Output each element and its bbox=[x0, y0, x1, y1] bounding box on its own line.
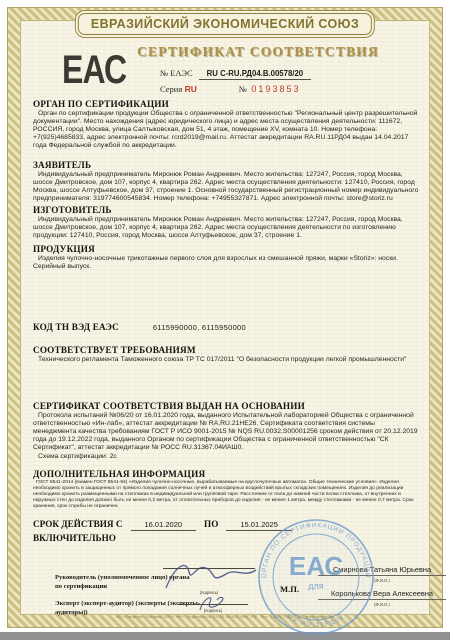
section-certification-body: ОРГАН ПО СЕРТИФИКАЦИИ Орган по сертифика… bbox=[33, 99, 420, 150]
blank-imprint-fineprint: АО «Опцион», Москва, 2019, «В». Лицензия… bbox=[0, 614, 450, 619]
series-row: Серия RU№ 0193853 bbox=[160, 84, 300, 94]
section-additional-info: ДОПОЛНИТЕЛЬНАЯ ИНФОРМАЦИЯ ГОСТ 8541-2014… bbox=[33, 469, 420, 510]
series-value: RU bbox=[185, 84, 197, 94]
certification-body-stamp: ОРГАН ПО СЕРТИФИКАЦИИ ПРОДУКЦИИ RA.RU.11… bbox=[254, 515, 378, 639]
expert-signature-autograph bbox=[190, 592, 240, 614]
eac-logo-icon: ЕАС bbox=[62, 50, 126, 90]
series-label: Серия bbox=[160, 84, 182, 94]
section-text: Орган по сертификации продукции Общества… bbox=[33, 110, 420, 150]
validity-from-label: СРОК ДЕЙСТВИЯ С bbox=[33, 519, 123, 529]
validity-to-label: ПО bbox=[204, 519, 218, 529]
number-label: № ЕАЭС bbox=[160, 68, 193, 78]
section-text: ГОСТ 8541-2014 (взамен ГОСТ 8541-94) «Из… bbox=[33, 480, 420, 510]
section-heading: СЕРТИФИКАТ СООТВЕТСТВИЯ ВЫДАН НА ОСНОВАН… bbox=[33, 401, 420, 411]
section-heading: ПРОДУКЦИЯ bbox=[33, 244, 420, 254]
tnved-code: 6115990000, 6115950000 bbox=[153, 323, 246, 332]
section-text: Технического регламента Таможенного союз… bbox=[33, 356, 420, 364]
section-heading: СООТВЕТСТВУЕТ ТРЕБОВАНИЯМ bbox=[33, 345, 420, 355]
union-badge: ЕВРАЗИЙСКИЙ ЭКОНОМИЧЕСКИЙ СОЮЗ bbox=[78, 13, 372, 35]
section-text: Протокола испытаний №06/20 от 16.01.2020… bbox=[33, 412, 420, 452]
section-heading: КОД ТН ВЭД ЕАЭС bbox=[33, 322, 119, 332]
stamp-sub-text: для bbox=[308, 581, 324, 591]
certificate-title: СЕРТИФИКАТ СООТВЕТСТВИЯ bbox=[130, 44, 386, 60]
section-product: ПРОДУКЦИЯ Изделия чулочно-носочные трико… bbox=[33, 244, 420, 271]
certification-scheme: Схема сертификации: 2с bbox=[33, 453, 420, 461]
head-signature-autograph bbox=[160, 560, 260, 592]
certificate-number-row: № ЕАЭСRU С-RU.РД04.В.00578/20 bbox=[160, 68, 311, 78]
number-value: RU С-RU.РД04.В.00578/20 bbox=[199, 69, 312, 80]
serial-value: 0193853 bbox=[251, 84, 300, 94]
validity-from-date: 16.01.2020 bbox=[131, 520, 197, 531]
section-text: Изделия чулочно-носочные трикотажные пер… bbox=[33, 255, 420, 271]
stamp-place-label: М.П. bbox=[280, 584, 299, 594]
section-heading: ЗАЯВИТЕЛЬ bbox=[33, 160, 420, 170]
certificate-page: ЕВРАЗИЙСКИЙ ЭКОНОМИЧЕСКИЙ СОЮЗ ЕАС СЕРТИ… bbox=[0, 0, 450, 640]
photo-edge bbox=[0, 632, 450, 640]
section-heading: ИЗГОТОВИТЕЛЬ bbox=[33, 205, 420, 215]
section-applicant: ЗАЯВИТЕЛЬ Индивидуальный предприниматель… bbox=[33, 160, 420, 203]
section-text: Индивидуальный предприниматель Миронюк Р… bbox=[33, 171, 420, 203]
section-basis: СЕРТИФИКАТ СООТВЕТСТВИЯ ВЫДАН НА ОСНОВАН… bbox=[33, 401, 420, 461]
section-requirements: СООТВЕТСТВУЕТ ТРЕБОВАНИЯМ Технического р… bbox=[33, 345, 420, 364]
stamp-eac-text: ЕАС bbox=[289, 551, 343, 581]
section-tnved: КОД ТН ВЭД ЕАЭС6115990000, 6115950000 bbox=[33, 317, 420, 335]
certificate-body: ОРГАН ПО СЕРТИФИКАЦИИ Орган по сертифика… bbox=[33, 99, 420, 543]
section-manufacturer: ИЗГОТОВИТЕЛЬ Индивидуальный предпринимат… bbox=[33, 205, 420, 240]
section-heading: ОРГАН ПО СЕРТИФИКАЦИИ bbox=[33, 99, 420, 109]
section-text: Индивидуальный предприниматель Миронюк Р… bbox=[33, 216, 420, 240]
serial-label: № bbox=[239, 84, 247, 94]
section-heading: ДОПОЛНИТЕЛЬНАЯ ИНФОРМАЦИЯ bbox=[33, 469, 420, 479]
